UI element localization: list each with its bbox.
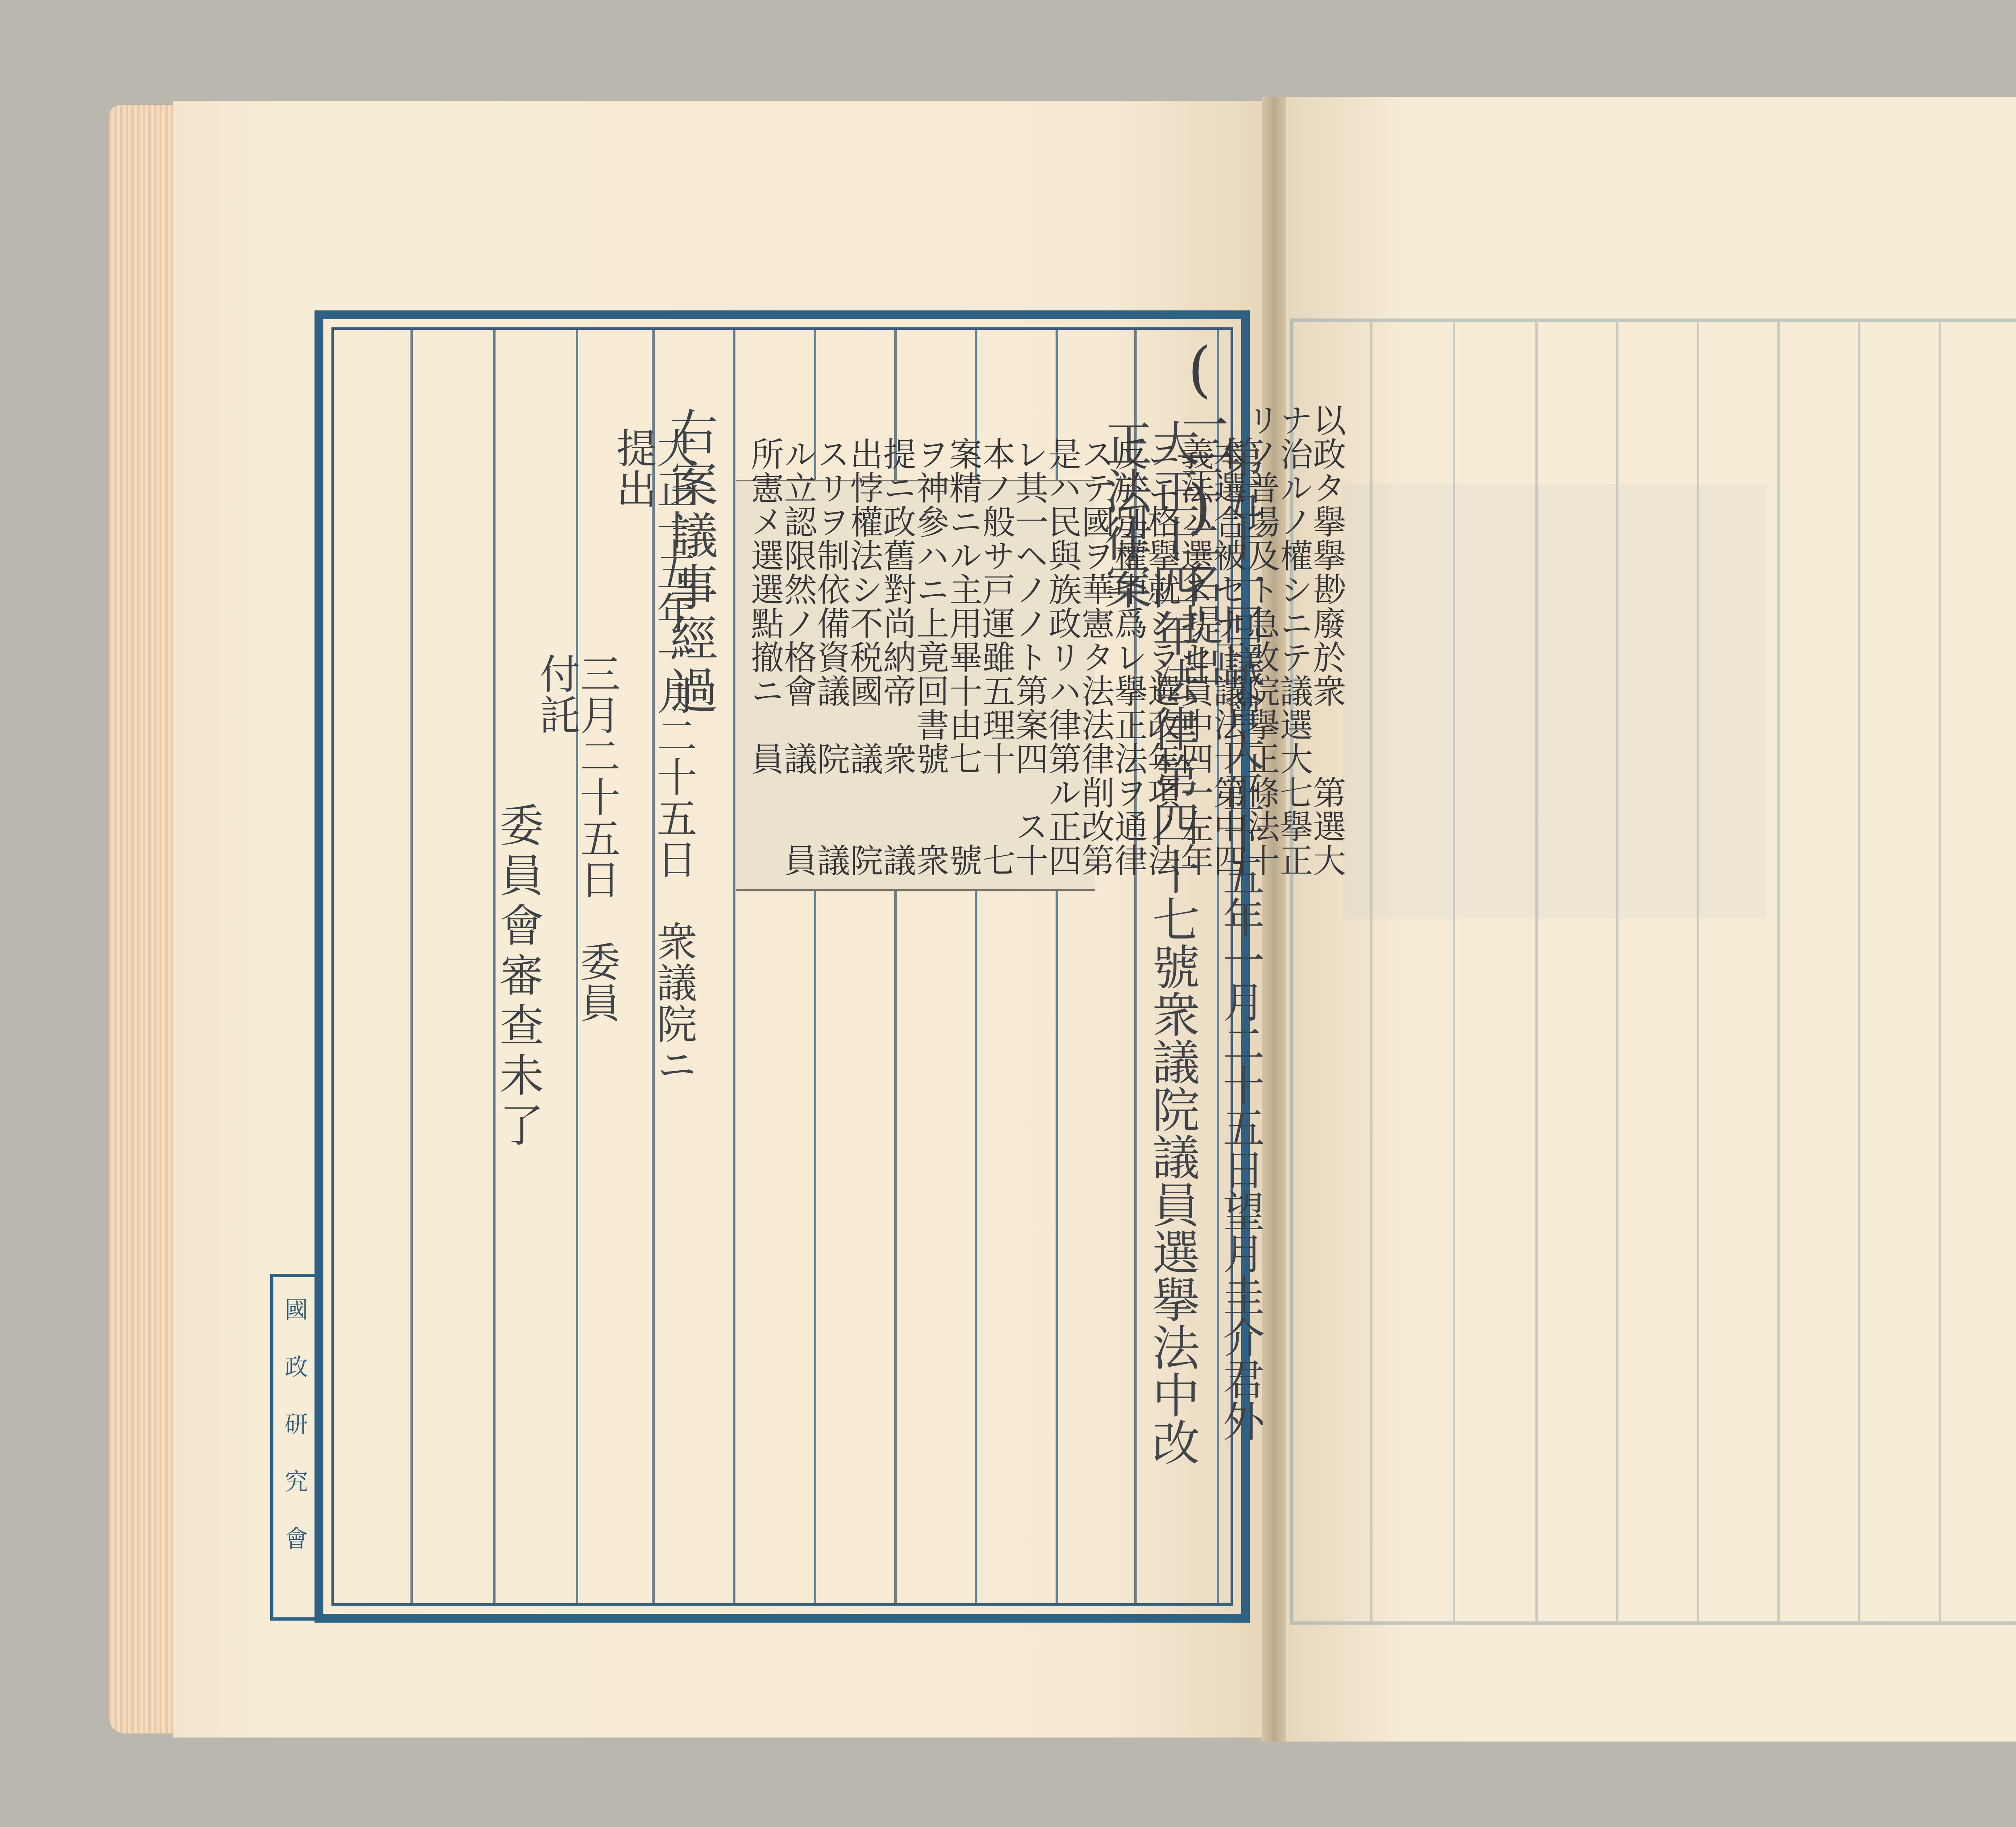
clipping-line: 衆議院議員選擧法ハ第五十回帝國議會ニ	[748, 674, 1343, 707]
clipping-line: 大正十四年法律第四十七號衆議院議員	[748, 843, 1343, 876]
clipping-line: 大正十四年法律第四十七號衆議院議員	[748, 742, 1343, 775]
clipping-line: 擧ノ場合ハ格別國民一般ニ參政權ヲ認メ	[748, 505, 1343, 538]
clipping-line: 廢ニ急ナリシ爲憲政ノ運用上尚不備ノ點	[748, 606, 1343, 639]
ruled-line	[1858, 322, 1860, 1621]
proceedings-entry-referred: 三月二十五日 委員付託	[536, 653, 617, 1056]
proceedings-entry-submitted: 大正十五年一月二十五日 衆議院ニ提出	[613, 427, 694, 1113]
clipping-line: 選擧法中左ノ通改正ス	[748, 809, 1343, 843]
clipping-line: 尠シトセス就中華族ノ戸主ニ對シ依然選	[748, 572, 1343, 606]
clipping-line: 政治ノ本義ニ反ス是レ本案ヲ提出スル所	[748, 437, 1343, 470]
clipping-line: タル普選法ニ於テハ其ノ精神ニ悖リ立憲	[748, 471, 1343, 504]
ruled-line	[1777, 322, 1780, 1621]
show-through-clipping	[1343, 484, 1766, 919]
ruled-line	[1939, 322, 1941, 1621]
clipping-line: 擧權及被選擧權ヲ與ヘサルハ舊法制限選	[748, 539, 1343, 572]
clipping-text: 大正十四年法律第四十七號衆議院議員 選擧法中左ノ通改正ス 第七條第一項ヲ削ル 大…	[748, 506, 1343, 876]
publisher-label-box: 國政研究會	[270, 1274, 319, 1621]
clipping-line: 以ナリ	[748, 403, 1343, 436]
clipping-line: 選擧法中改正法律案理由書	[748, 708, 1343, 741]
proceedings-entry-status: 委員會審查未了	[496, 802, 540, 1226]
ruled-line	[733, 330, 735, 1603]
book-gutter	[1262, 97, 1286, 1742]
clipping-line: 第七條第一項ヲ削ル	[748, 776, 1343, 809]
publisher-label: 國政研究會	[283, 1277, 306, 1617]
ruled-line	[410, 330, 413, 1603]
clipping-line: 於テ改正セラレタリト雖畢竟納税資格撤	[748, 640, 1343, 673]
pasted-clipping: 大正十四年法律第四十七號衆議院議員 選擧法中左ノ通改正ス 第七條第一項ヲ削ル 大…	[736, 480, 1095, 891]
